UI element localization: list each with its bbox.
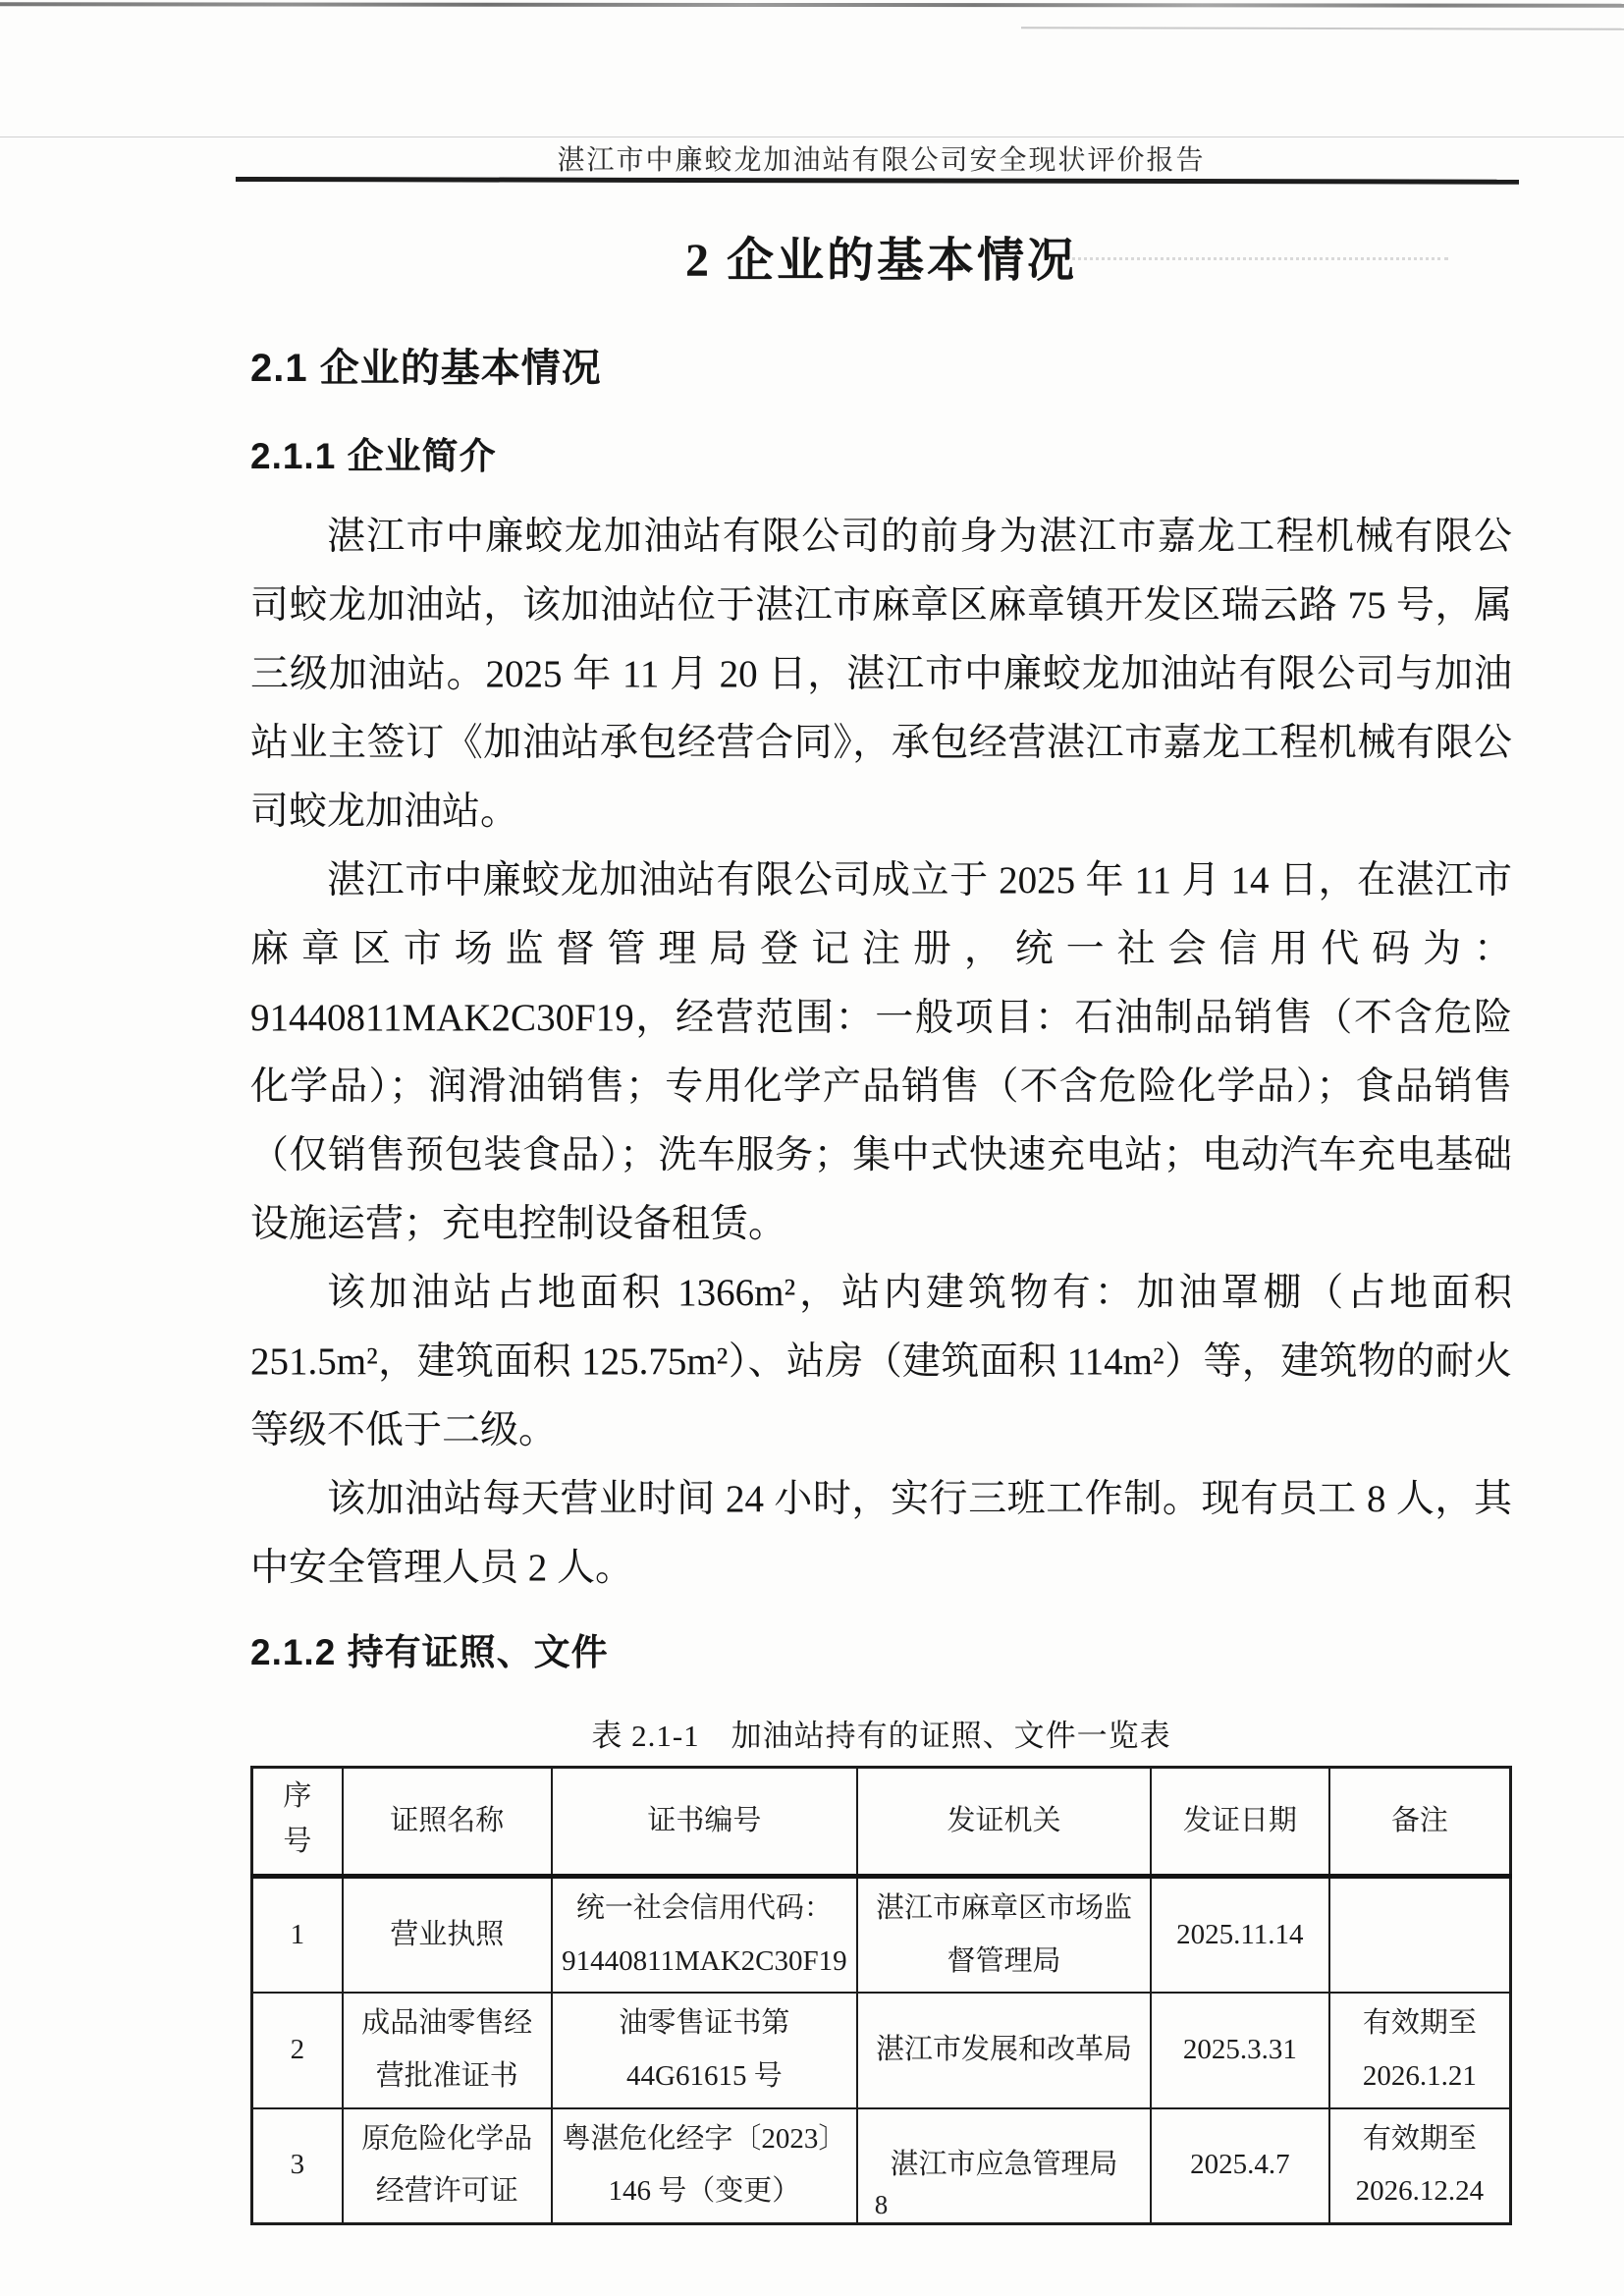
document-page: 湛江市中廉蛟龙加油站有限公司安全现状评价报告 2 企业的基本情况 2.1 企业的… <box>0 0 1624 2296</box>
table-header-cell: 发证机关 <box>857 1768 1151 1877</box>
table-cell-seq: 2 <box>252 1993 343 2107</box>
table-cell-license-name: 成品油零售经营批准证书 <box>343 1993 552 2107</box>
table-cell-issue-date: 2025.3.31 <box>1151 1993 1329 2107</box>
table-header-cell: 备注 <box>1329 1768 1511 1877</box>
table-header-cell: 发证日期 <box>1151 1768 1329 1877</box>
table-cell-seq: 1 <box>252 1877 343 1994</box>
paragraph: 该加油站占地面积 1366m²，站内建筑物有：加油罩棚（占地面积 251.5m²… <box>250 1259 1512 1465</box>
table-cell-cert-number: 统一社会信用代码：91440811MAK2C30F19 <box>552 1877 858 1994</box>
section-2-1-1-heading: 2.1.1 企业简介 <box>250 436 1512 477</box>
paragraph: 湛江市中廉蛟龙加油站有限公司的前身为湛江市嘉龙工程机械有限公司蛟龙加油站，该加油… <box>250 503 1512 847</box>
table-header-row: 序号 证照名称 证书编号 发证机关 发证日期 备注 <box>252 1768 1511 1877</box>
table-header-cell: 证书编号 <box>552 1768 858 1877</box>
chapter-title: 2 企业的基本情况 <box>250 234 1512 289</box>
table-cell-license-name: 营业执照 <box>343 1877 552 1994</box>
table-header-cell: 序号 <box>252 1768 343 1877</box>
table-row: 2 成品油零售经营批准证书 油零售证书第 44G61615 号 湛江市发展和改革… <box>252 1993 1511 2107</box>
section-2-1-1-text: 湛江市中廉蛟龙加油站有限公司的前身为湛江市嘉龙工程机械有限公司蛟龙加油站，该加油… <box>250 503 1512 1603</box>
paragraph: 湛江市中廉蛟龙加油站有限公司成立于 2025 年 11 月 14 日，在湛江市麻… <box>250 847 1512 1259</box>
table-cell-remark: 有效期至 2026.1.21 <box>1329 1993 1511 2107</box>
section-2-1-heading: 2.1 企业的基本情况 <box>250 346 1512 391</box>
table-cell-remark <box>1329 1877 1511 1994</box>
table-cell-cert-number: 油零售证书第 44G61615 号 <box>552 1993 858 2107</box>
licenses-table: 序号 证照名称 证书编号 发证机关 发证日期 备注 1 营业执照 统一社会信用代… <box>250 1766 1512 2225</box>
table-cell-issue-date: 2025.11.14 <box>1151 1877 1329 1994</box>
table-row: 1 营业执照 统一社会信用代码：91440811MAK2C30F19 湛江市麻章… <box>252 1877 1511 1994</box>
page-number: 8 <box>250 2190 1512 2220</box>
table-header-cell: 证照名称 <box>343 1768 552 1877</box>
table-cell-issuer: 湛江市麻章区市场监督管理局 <box>857 1877 1151 1994</box>
section-2-1-2-heading: 2.1.2 持有证照、文件 <box>250 1632 1512 1673</box>
table-caption: 表 2.1-1 加油站持有的证照、文件一览表 <box>250 1719 1512 1754</box>
document-body: 2 企业的基本情况 2.1 企业的基本情况 2.1.1 企业简介 湛江市中廉蛟龙… <box>250 0 1512 2225</box>
table-cell-issuer: 湛江市发展和改革局 <box>857 1993 1151 2107</box>
paragraph: 该加油站每天营业时间 24 小时，实行三班工作制。现有员工 8 人，其中安全管理… <box>250 1465 1512 1603</box>
